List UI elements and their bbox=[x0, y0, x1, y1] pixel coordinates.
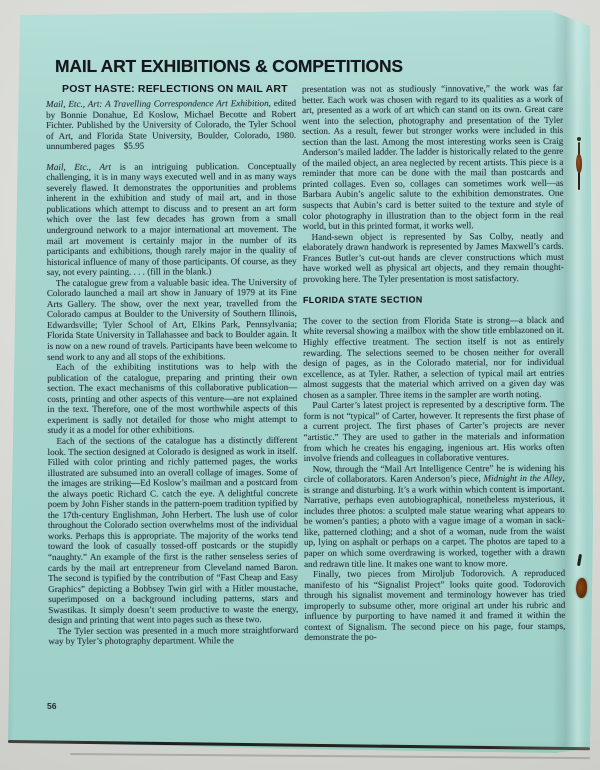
section-heading: FLORIDA STATE SECTION bbox=[303, 294, 564, 306]
page-number: 56 bbox=[47, 701, 56, 711]
photo-backdrop: MAIL ART EXHIBITIONS & COMPETITIONS POST… bbox=[0, 0, 600, 770]
staple-tick bbox=[577, 554, 582, 566]
paragraph: presentation was not as studiously “inno… bbox=[302, 83, 564, 232]
article-title: MAIL ART EXHIBITIONS & COMPETITIONS bbox=[55, 56, 403, 77]
rust-blob bbox=[576, 578, 587, 598]
staple-dot bbox=[577, 137, 581, 141]
article-subtitle: POST HASTE: REFLECTIONS ON MAIL ART bbox=[62, 83, 288, 95]
paragraph: The cover to the section from Florida St… bbox=[303, 315, 564, 401]
paragraph: The Tyler section was presented in a muc… bbox=[48, 625, 298, 647]
right-column: presentation was not as studiously “inno… bbox=[302, 83, 565, 643]
left-column: Mail, Etc., Art: A Travelling Correspond… bbox=[46, 98, 298, 647]
paragraph: Hand-sewn object is represented by Sas C… bbox=[303, 231, 564, 285]
magazine-page: MAIL ART EXHIBITIONS & COMPETITIONS POST… bbox=[0, 0, 600, 770]
paragraph: Paul Carter’s latest project is represen… bbox=[303, 399, 564, 463]
staple-rust-mark-top bbox=[575, 137, 585, 197]
paragraph: Mail, Etc., Art: A Travelling Correspond… bbox=[46, 98, 296, 152]
paragraph: Finally, two pieces from Miroljub Todoro… bbox=[304, 568, 565, 643]
rust-blob bbox=[576, 154, 582, 173]
paragraph: Now, through the “Mail Art Intelligence … bbox=[304, 462, 565, 569]
paragraph: The catalogue grew from a valuable basic… bbox=[47, 277, 297, 362]
underlying-page-edge bbox=[70, 753, 590, 759]
staple-rust-mark-bottom bbox=[576, 552, 590, 608]
paragraph: Mail, Etc., Art is an intriguing publica… bbox=[46, 161, 297, 278]
paragraph: Each of the exhibiting institutions was … bbox=[47, 361, 297, 436]
paragraph: Each of the sections of the catalogue ha… bbox=[47, 435, 298, 626]
